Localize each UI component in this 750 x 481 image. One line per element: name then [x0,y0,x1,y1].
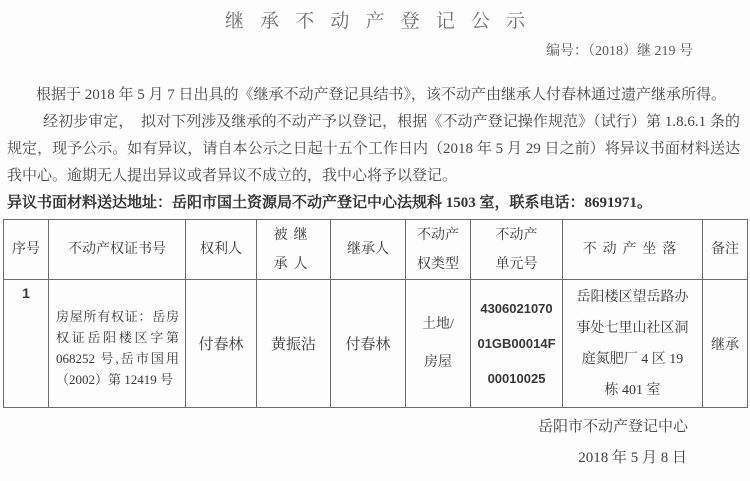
col-header-property-type: 不动产 权类型 [406,220,471,280]
paragraph-objection-address: 异议书面材料送达地址：岳阳市国土资源局不动产登记中心法规科 1503 室，联系电… [7,190,740,217]
col-header-heir: 继承人 [331,220,406,280]
col-header-right-holder: 权利人 [186,220,257,280]
col-header-seq: 序号 [4,220,49,280]
paragraph-basis: 根据于 2018 年 5 月 7 日出具的《继承不动产登记具结书》，该不动产由继… [7,82,740,109]
cell-property-type: 土地/ 房屋 [406,280,471,408]
cell-certificate-no: 房屋所有权证：岳房权证岳阳楼区字第 068252 号,岳市国用（2002）第 1… [49,280,186,408]
col-header-location: 不动产坐落 [563,220,703,280]
cell-seq: 1 [4,280,49,408]
cell-remark: 继承 [703,280,748,408]
cell-unit-no: 4306021070 01GB00014F 00010025 [471,280,563,408]
cell-right-holder: 付春林 [186,280,257,408]
col-header-remark: 备注 [703,220,748,280]
cell-decedent: 黄振沾 [257,280,331,408]
paragraph-review-notice: 经初步审定， 拟对下列涉及继承的不动产予以登记，根据《不动产登记操作规范》（试行… [7,109,740,190]
doc-number: 编号：（2018）继 219 号 [0,43,750,61]
table-header-row: 序号 不动产权证书号 权利人 被继 承人 继承人 不动产 权类型 不动产 单元号… [4,220,748,280]
notice-document: 继承不动产登记公示 编号：（2018）继 219 号 根据于 2018 年 5 … [0,0,750,481]
footer-date: 2018 年 5 月 8 日 [0,449,750,467]
col-header-certificate-no: 不动产权证书号 [49,220,186,280]
page-title: 继承不动产登记公示 [0,10,750,34]
footer-org: 岳阳市不动产登记中心 [0,418,750,436]
notice-table: 序号 不动产权证书号 权利人 被继 承人 继承人 不动产 权类型 不动产 单元号… [3,219,748,408]
table-row: 1 房屋所有权证：岳房权证岳阳楼区字第 068252 号,岳市国用（2002）第… [4,280,748,408]
cell-location: 岳阳楼区望岳路办事处七里山社区洞庭氮肥厂 4 区 19 栋 401 室 [563,280,703,408]
cell-heir: 付春林 [331,280,406,408]
col-header-unit-no: 不动产 单元号 [471,220,563,280]
col-header-decedent: 被继 承人 [257,220,331,280]
